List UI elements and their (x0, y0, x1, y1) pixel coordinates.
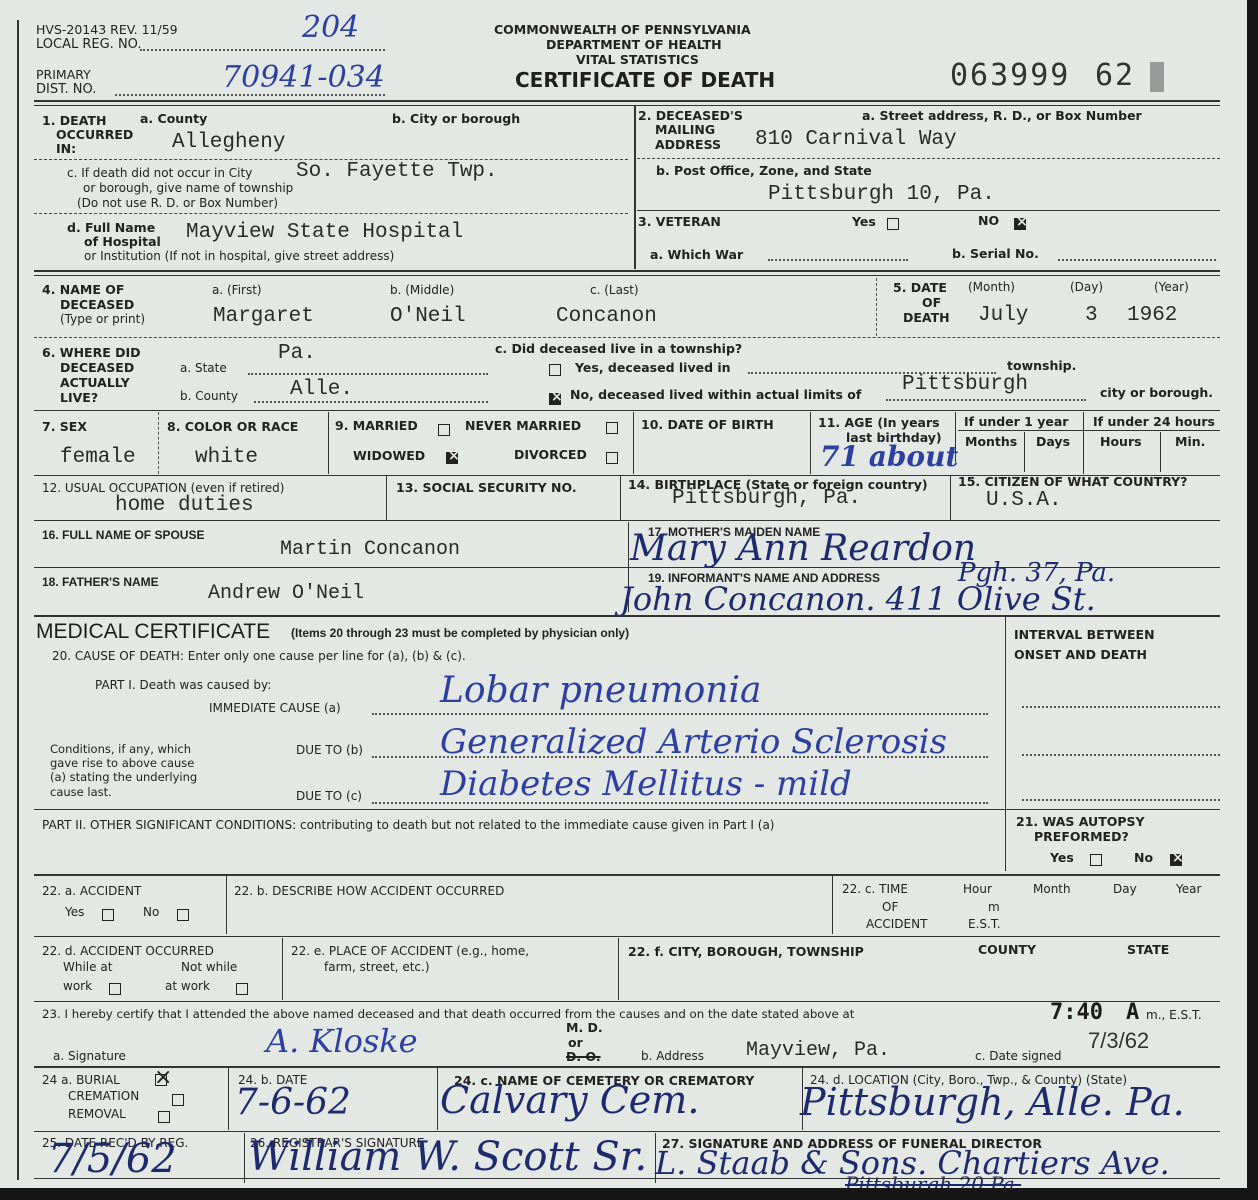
immediate-cause-value: Lobar pneumonia (440, 670, 761, 711)
day-label: (Day) (1070, 280, 1103, 294)
death-month-value: July (978, 304, 1028, 327)
township-yes-text: Yes, deceased lived in (575, 360, 731, 375)
spouse-label: 16. FULL NAME OF SPOUSE (42, 528, 204, 542)
widowed-label: WIDOWED (353, 448, 425, 463)
do-label: D. O. (566, 1049, 601, 1064)
item1-township-label-2: or borough, give name of township (83, 181, 293, 195)
first-name-value: Margaret (213, 305, 314, 328)
first-name-label: a. (First) (212, 283, 262, 297)
death-day-value: 3 (1085, 304, 1098, 327)
accident-describe-label: 22. b. DESCRIBE HOW ACCIDENT OCCURRED (234, 884, 504, 898)
time-ampm-value: A (1126, 1000, 1139, 1025)
item6-label-1: 6. WHERE DID (42, 345, 141, 360)
item1-hospital-label-3: or Institution (If not in hospital, give… (84, 249, 394, 263)
autopsy-label-1: 21. WAS AUTOPSY (1016, 814, 1145, 829)
township-no-suffix: city or borough. (1100, 385, 1213, 400)
local-reg-value: 204 (302, 10, 359, 45)
citizenship-value: U.S.A. (986, 489, 1062, 512)
death-year-value: 1962 (1127, 304, 1177, 327)
item1-county-label: a. County (140, 111, 207, 126)
residence-county-value: Alle. (290, 378, 353, 401)
age-label-1: 11. AGE (In years (818, 415, 940, 430)
burial-date-value: 7-6-62 (235, 1082, 351, 1123)
accident-time-label-3: ACCIDENT (866, 917, 927, 931)
item2-label-2: MAILING (655, 122, 715, 137)
veteran-no-checkbox[interactable] (1014, 218, 1026, 230)
item1-hospital-value: Mayview State Hospital (186, 221, 463, 244)
occupation-value: home duties (115, 494, 254, 517)
accident-year-label: Year (1176, 882, 1201, 896)
item1-city-label: b. City or borough (392, 111, 520, 126)
local-reg-dots (140, 49, 385, 51)
item1-township-label-1: c. If death did not occur in City (67, 166, 252, 180)
while-at-label: While at (63, 960, 112, 974)
burial-location-value: Pittsburgh, Alle. Pa. (800, 1080, 1185, 1124)
primary-dist-value: 70941-034 (222, 60, 385, 95)
accident-county-label: COUNTY (978, 942, 1036, 957)
part2-label: PART II. OTHER SIGNIFICANT CONDITIONS: c… (42, 818, 774, 832)
item5-label-1: 5. DATE (893, 280, 947, 295)
item2-post-value: Pittsburgh 10, Pa. (768, 183, 995, 206)
item4-label-1: 4. NAME OF (42, 282, 124, 297)
citizenship-label: 15. CITIZEN OF WHAT COUNTRY? (958, 474, 1187, 489)
last-name-label: c. (Last) (590, 283, 639, 297)
left-border (17, 20, 19, 1180)
accident-occurred-label: 22. d. ACCIDENT OCCURRED (42, 944, 214, 958)
conditions-label-1: Conditions, if any, which (50, 743, 191, 757)
father-value: Andrew O'Neil (208, 582, 364, 605)
signature-label: a. Signature (53, 1049, 126, 1063)
autopsy-yes-label: Yes (1050, 850, 1074, 865)
married-checkbox[interactable] (438, 424, 450, 436)
item1-hospital-label-2: of Hospital (84, 234, 161, 249)
autopsy-yes-checkbox[interactable] (1090, 854, 1102, 866)
year-label: (Year) (1154, 280, 1189, 294)
date-signed-value: 7/3/62 (1088, 1028, 1149, 1054)
accident-est-label: E.S.T. (968, 917, 1001, 931)
physician-signature: A. Kloske (266, 1022, 418, 1060)
under-year-label: If under 1 year (964, 414, 1068, 429)
or-label: or (568, 1035, 583, 1050)
item1-label-3: IN: (56, 141, 76, 156)
removal-checkbox[interactable] (158, 1111, 170, 1123)
not-while-at-work-label: at work (165, 979, 210, 993)
burial-checkbox[interactable] (155, 1074, 167, 1086)
never-married-label: NEVER MARRIED (465, 418, 581, 433)
medical-certificate-title: MEDICAL CERTIFICATE (36, 620, 270, 644)
accident-no-label: No (143, 905, 159, 919)
conditions-label-4: cause last. (50, 786, 112, 800)
item1-township-value: So. Fayette Twp. (296, 160, 498, 183)
not-while-label: Not while (181, 960, 237, 974)
spouse-value: Martin Concanon (280, 538, 460, 561)
item1-township-label-3: (Do not use R. D. or Box Number) (77, 196, 278, 210)
autopsy-no-label: No (1134, 850, 1153, 865)
divorced-label: DIVORCED (514, 447, 587, 462)
due-to-c-label: DUE TO (c) (296, 789, 362, 803)
hours-label: Hours (1100, 434, 1142, 449)
stamp-mark (1150, 62, 1164, 92)
accident-month-label: Month (1033, 882, 1071, 896)
accident-place-label-2: farm, street, etc.) (324, 960, 430, 974)
never-married-checkbox[interactable] (606, 422, 618, 434)
accident-yes-checkbox[interactable] (102, 909, 114, 921)
veteran-yes-checkbox[interactable] (887, 218, 899, 230)
item6-label-4: LIVE? (60, 390, 98, 405)
header-rule-2 (34, 105, 1220, 106)
burial-label: 24 a. BURIAL (42, 1073, 120, 1087)
date-signed-label: c. Date signed (975, 1049, 1062, 1063)
month-label: (Month) (968, 280, 1015, 294)
item4-label-2: DECEASED (60, 297, 134, 312)
certificate-number: 063999 (950, 58, 1070, 93)
interval-label-2: ONSET AND DEATH (1014, 647, 1147, 662)
due-to-b-label: DUE TO (b) (296, 743, 363, 757)
middle-name-label: b. (Middle) (390, 283, 454, 297)
address-label: b. Address (641, 1049, 704, 1063)
dist-no-label: DIST. NO. (36, 82, 96, 98)
form-id: HVS-20143 REV. 11/59 (36, 22, 178, 37)
informant-value-line-2: John Concanon. 411 Olive St. (620, 580, 1096, 618)
cause-of-death-label: 20. CAUSE OF DEATH: Enter only one cause… (52, 649, 466, 663)
registrar-signature-value: William W. Scott Sr. (248, 1134, 647, 1180)
certificate-title: CERTIFICATE OF DEATH (515, 68, 775, 92)
funeral-director-value-line-2: Pittsburgh 20 Pa. (845, 1172, 1021, 1188)
autopsy-label-2: PREFORMED? (1034, 829, 1129, 844)
accident-time-label-2: OF (882, 900, 898, 914)
widowed-checkbox[interactable] (446, 452, 458, 464)
accident-city-label: 22. f. CITY, BOROUGH, TOWNSHIP (628, 944, 864, 959)
accident-no-checkbox[interactable] (177, 909, 189, 921)
interval-label-1: INTERVAL BETWEEN (1014, 627, 1155, 642)
while-at-work-label: work (63, 979, 92, 993)
accident-time-label-1: 22. c. TIME (842, 882, 908, 896)
mother-maiden-value: Mary Ann Reardon (630, 528, 976, 569)
township-yes-suffix: township. (1007, 358, 1076, 373)
residence-state-label: a. State (180, 361, 227, 375)
removal-label: REMOVAL (68, 1107, 126, 1121)
township-no-checkbox[interactable] (549, 393, 561, 405)
item5-label-3: DEATH (903, 310, 950, 325)
item1-county-value: Allegheny (172, 131, 285, 154)
accident-place-label-1: 22. e. PLACE OF ACCIDENT (e.g., home, (291, 944, 529, 958)
last-name-value: Concanon (556, 305, 657, 328)
certification-statement: 23. I hereby certify that I attended the… (42, 1007, 854, 1021)
veteran-no-label: NO (978, 213, 999, 228)
conditions-label-2: gave rise to above cause (50, 757, 194, 771)
immediate-cause-label: IMMEDIATE CAUSE (a) (209, 701, 341, 715)
middle-name-value: O'Neil (390, 305, 466, 328)
agency-line-3: VITAL STATISTICS (576, 52, 699, 67)
conditions-label-3: (a) stating the underlying (50, 771, 197, 785)
item1-label-2: OCCURRED (56, 127, 133, 142)
date-received-value: 7/5/62 (48, 1136, 177, 1182)
autopsy-no-checkbox[interactable] (1170, 854, 1182, 866)
md-label: M. D. (566, 1020, 603, 1035)
item6-label-2: DECEASED (60, 360, 134, 375)
sex-value: female (60, 446, 136, 469)
township-yes-checkbox[interactable] (549, 364, 561, 376)
certificate-suffix: 62 (1095, 58, 1135, 93)
township-no-text: No, deceased lived within actual limits … (570, 387, 861, 402)
accident-day-label: Day (1113, 882, 1137, 896)
accident-state-label: STATE (1127, 942, 1169, 957)
birthplace-value: Pittsburgh, Pa. (672, 487, 861, 510)
agency-line-1: COMMONWEALTH OF PENNSYLVANIA (494, 22, 751, 37)
race-value: white (195, 446, 258, 469)
cremation-checkbox[interactable] (172, 1094, 184, 1106)
item1-label-1: 1. DEATH (42, 113, 106, 128)
accident-label: 22. a. ACCIDENT (42, 884, 141, 898)
residence-state-value: Pa. (278, 342, 316, 365)
item5-label-2: OF (922, 295, 941, 310)
item2-street-label: a. Street address, R. D., or Box Number (862, 108, 1142, 123)
under-24-label: If under 24 hours (1093, 414, 1215, 429)
medical-subtitle: (Items 20 through 23 must be completed b… (291, 626, 629, 640)
divorced-checkbox[interactable] (606, 452, 618, 464)
accident-yes-label: Yes (65, 905, 84, 919)
part1-label: PART I. Death was caused by: (95, 678, 271, 692)
item1-hospital-label-1: d. Full Name (67, 220, 155, 235)
item6-label-3: ACTUALLY (60, 375, 130, 390)
accident-hour-label: Hour (963, 882, 992, 896)
primary-label: PRIMARY (36, 67, 91, 82)
item4-label-3: (Type or print) (60, 312, 145, 326)
residence-county-label: b. County (180, 389, 238, 403)
agency-line-2: DEPARTMENT OF HEALTH (546, 37, 722, 52)
item2-post-label: b. Post Office, Zone, and State (656, 163, 872, 178)
serial-no-label: b. Serial No. (952, 246, 1039, 261)
race-label: 8. COLOR OR RACE (167, 419, 298, 434)
due-to-b-value: Generalized Arterio Sclerosis (440, 722, 947, 762)
veteran-yes-label: Yes (852, 214, 876, 229)
due-to-c-value: Diabetes Mellitus - mild (440, 764, 852, 804)
ssn-label: 13. SOCIAL SECURITY NO. (396, 480, 577, 495)
residence-city-value: Pittsburgh (902, 373, 1028, 396)
accident-m-label: m (988, 900, 1000, 914)
time-suffix: m., E.S.T. (1146, 1008, 1202, 1022)
sex-label: 7. SEX (42, 419, 87, 434)
cremation-label: CREMATION (68, 1089, 139, 1103)
which-war-label: a. Which War (650, 247, 743, 262)
item2-label-3: ADDRESS (655, 137, 721, 152)
days-label: Days (1036, 434, 1070, 449)
not-while-at-work-checkbox[interactable] (236, 983, 248, 995)
local-reg-label: LOCAL REG. NO. (36, 37, 142, 53)
married-label: 9. MARRIED (335, 418, 418, 433)
time-of-death-value: 7:40 (1050, 1000, 1103, 1025)
death-certificate: HVS-20143 REV. 11/59 LOCAL REG. NO. 204 … (0, 0, 1247, 1188)
months-label: Months (965, 434, 1017, 449)
township-question: c. Did deceased live in a township? (495, 341, 742, 356)
physician-address-value: Mayview, Pa. (746, 1039, 890, 1062)
age-value: 71 about (820, 440, 958, 473)
item3-label: 3. VETERAN (638, 214, 721, 229)
cemetery-value: Calvary Cem. (440, 1078, 699, 1122)
father-label: 18. FATHER'S NAME (42, 575, 159, 589)
item2-street-value: 810 Carnival Way (755, 128, 957, 151)
min-label: Min. (1175, 434, 1205, 449)
while-at-work-checkbox[interactable] (109, 983, 121, 995)
item2-label-1: 2. DECEASED'S (638, 108, 743, 123)
birth-date-label: 10. DATE OF BIRTH (641, 417, 774, 432)
header-rule (34, 100, 1220, 102)
